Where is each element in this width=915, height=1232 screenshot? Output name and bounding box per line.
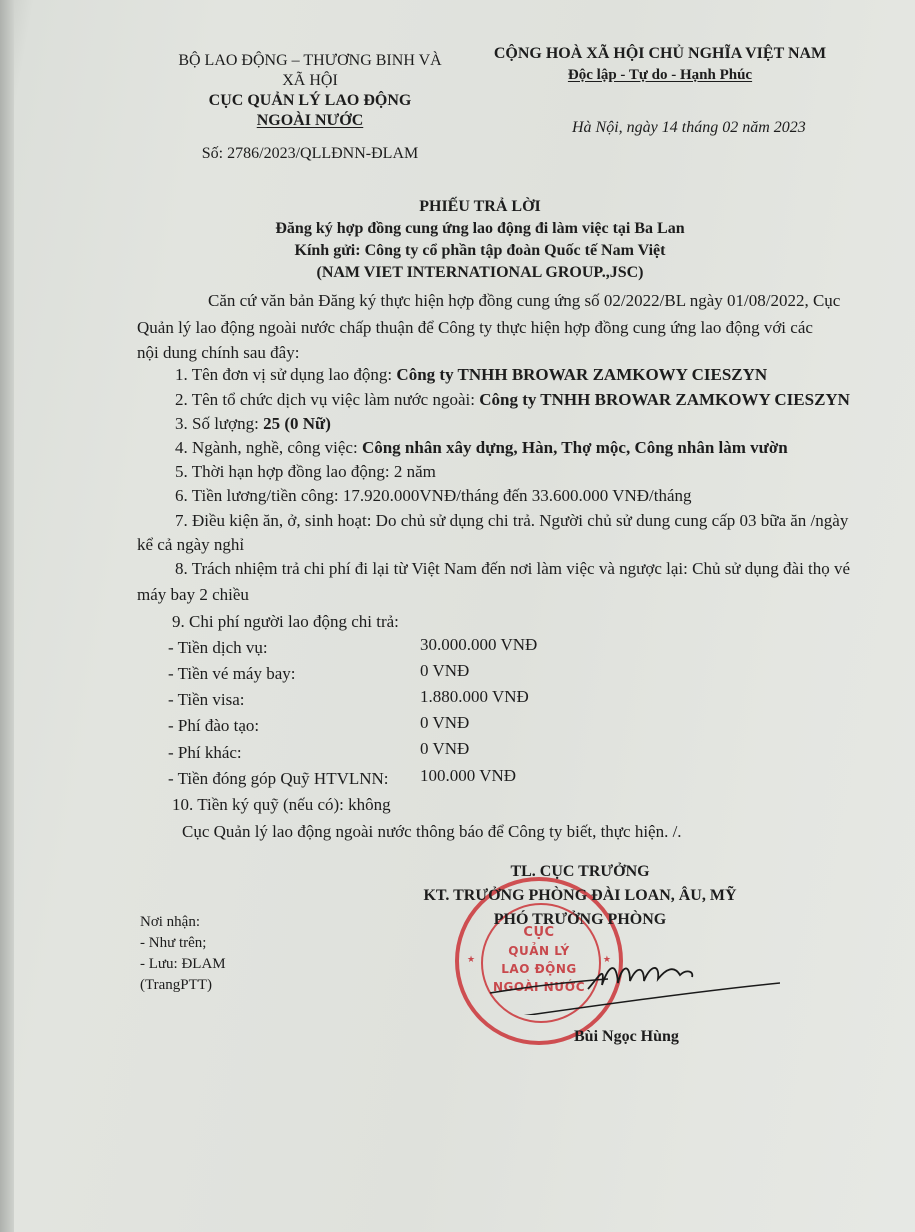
ministry-name: BỘ LAO ĐỘNG – THƯƠNG BINH VÀ XÃ HỘI	[160, 52, 460, 90]
department-line-1: CỤC QUẢN LÝ LAO ĐỘNG	[160, 92, 460, 110]
item-2: 2. Tên tổ chức dịch vụ việc làm nước ngo…	[175, 390, 850, 410]
cost-value-visa: 1.880.000 VNĐ	[420, 687, 529, 707]
item-value: Công nhân xây dựng, Hàn, Thợ mộc, Công n…	[362, 438, 788, 457]
recipient-author: (TrangPTT)	[140, 975, 226, 996]
national-title: CỘNG HOÀ XÃ HỘI CHỦ NGHĨA VIỆT NAM	[470, 45, 850, 63]
item-value: Công ty TNHH BROWAR ZAMKOWY CIESZYN	[479, 390, 850, 409]
intro-line-1: Căn cứ văn bản Đăng ký thực hiện hợp đồn…	[208, 291, 840, 311]
paper-edge-shadow	[0, 0, 14, 1232]
item-value: Công ty TNHH BROWAR ZAMKOWY CIESZYN	[396, 365, 767, 384]
document-title: PHIẾU TRẢ LỜI	[180, 198, 780, 216]
recipients-heading: Nơi nhận:	[140, 912, 226, 933]
recipient-item: - Như trên;	[140, 933, 226, 954]
cost-value-other: 0 VNĐ	[420, 739, 469, 759]
item-8: 8. Trách nhiệm trả chi phí đi lại từ Việ…	[175, 559, 850, 579]
cost-label-service: - Tiền dịch vụ:	[168, 638, 268, 658]
item-label: 1. Tên đơn vị sử dụng lao động:	[175, 365, 396, 384]
deposit: 10. Tiền ký quỹ (nếu có): không	[172, 795, 391, 815]
item-label: 2. Tên tổ chức dịch vụ việc làm nước ngo…	[175, 390, 479, 409]
signer-name: Bùi Ngọc Hùng	[574, 1028, 679, 1046]
cost-value-service: 30.000.000 VNĐ	[420, 635, 537, 655]
cost-value-airfare: 0 VNĐ	[420, 661, 469, 681]
cost-value-fund: 100.000 VNĐ	[420, 766, 516, 786]
recipient-english: (NAM VIET INTERNATIONAL GROUP.,JSC)	[180, 264, 780, 282]
cost-label-training: - Phí đào tạo:	[168, 716, 259, 736]
handwritten-signature	[480, 945, 780, 1015]
item-3: 3. Số lượng: 25 (0 Nữ)	[175, 414, 331, 434]
recipient-item: - Lưu: ĐLAM	[140, 954, 226, 975]
signature-title-3: PHÓ TRƯỞNG PHÒNG	[410, 908, 750, 932]
closing-statement: Cục Quản lý lao động ngoài nước thông bá…	[182, 822, 682, 842]
header-left: BỘ LAO ĐỘNG – THƯƠNG BINH VÀ XÃ HỘI CỤC …	[160, 52, 460, 163]
department-line-2: NGOÀI NƯỚC	[257, 112, 364, 130]
cost-label-visa: - Tiền visa:	[168, 690, 245, 710]
item-8-continuation: máy bay 2 chiều	[137, 585, 249, 605]
ministry-line-2: XÃ HỘI	[160, 72, 460, 90]
costs-heading: 9. Chi phí người lao động chi trả:	[172, 612, 399, 632]
signature-title-2: KT. TRƯỞNG PHÒNG ĐÀI LOAN, ÂU, MỸ	[410, 884, 750, 908]
item-7: 7. Điều kiện ăn, ở, sinh hoạt: Do chủ sử…	[175, 511, 848, 531]
item-label: 3. Số lượng:	[175, 414, 263, 433]
place-date: Hà Nội, ngày 14 tháng 02 năm 2023	[572, 119, 806, 137]
recipient: Kính gửi: Công ty cổ phần tập đoàn Quốc …	[180, 242, 780, 260]
document-subject: Đăng ký hợp đồng cung ứng lao động đi là…	[180, 220, 780, 238]
signature-block: TL. CỤC TRƯỞNG KT. TRƯỞNG PHÒNG ĐÀI LOAN…	[410, 860, 750, 932]
title-block: PHIẾU TRẢ LỜI Đăng ký hợp đồng cung ứng …	[180, 198, 780, 282]
document-number: Số: 2786/2023/QLLĐNN-ĐLAM	[160, 145, 460, 163]
cost-label-fund: - Tiền đóng góp Quỹ HTVLNN:	[168, 769, 389, 789]
item-4: 4. Ngành, nghề, công việc: Công nhân xây…	[175, 438, 788, 458]
recipients-block: Nơi nhận: - Như trên; - Lưu: ĐLAM (Trang…	[140, 912, 226, 996]
department-name: CỤC QUẢN LÝ LAO ĐỘNG NGOÀI NƯỚC	[160, 92, 460, 130]
item-5: 5. Thời hạn hợp đồng lao động: 2 năm	[175, 462, 436, 482]
intro-line-3: nội dung chính sau đây:	[137, 343, 299, 363]
item-7-continuation: kể cả ngày nghỉ	[137, 535, 244, 555]
item-value: 25 (0 Nữ)	[263, 414, 331, 433]
signature-title-1: TL. CỤC TRƯỞNG	[410, 860, 750, 884]
item-6: 6. Tiền lương/tiền công: 17.920.000VNĐ/t…	[175, 486, 692, 506]
item-label: 4. Ngành, nghề, công việc:	[175, 438, 362, 457]
cost-label-airfare: - Tiền vé máy bay:	[168, 664, 296, 684]
national-motto: Độc lập - Tự do - Hạnh Phúc	[568, 67, 752, 84]
cost-value-training: 0 VNĐ	[420, 713, 469, 733]
ministry-line-1: BỘ LAO ĐỘNG – THƯƠNG BINH VÀ	[160, 52, 460, 70]
intro-line-2: Quản lý lao động ngoài nước chấp thuận đ…	[137, 318, 813, 338]
cost-label-other: - Phí khác:	[168, 743, 242, 763]
header-right: CỘNG HOÀ XÃ HỘI CHỦ NGHĨA VIỆT NAM Độc l…	[470, 45, 850, 84]
item-1: 1. Tên đơn vị sử dụng lao động: Công ty …	[175, 365, 767, 385]
